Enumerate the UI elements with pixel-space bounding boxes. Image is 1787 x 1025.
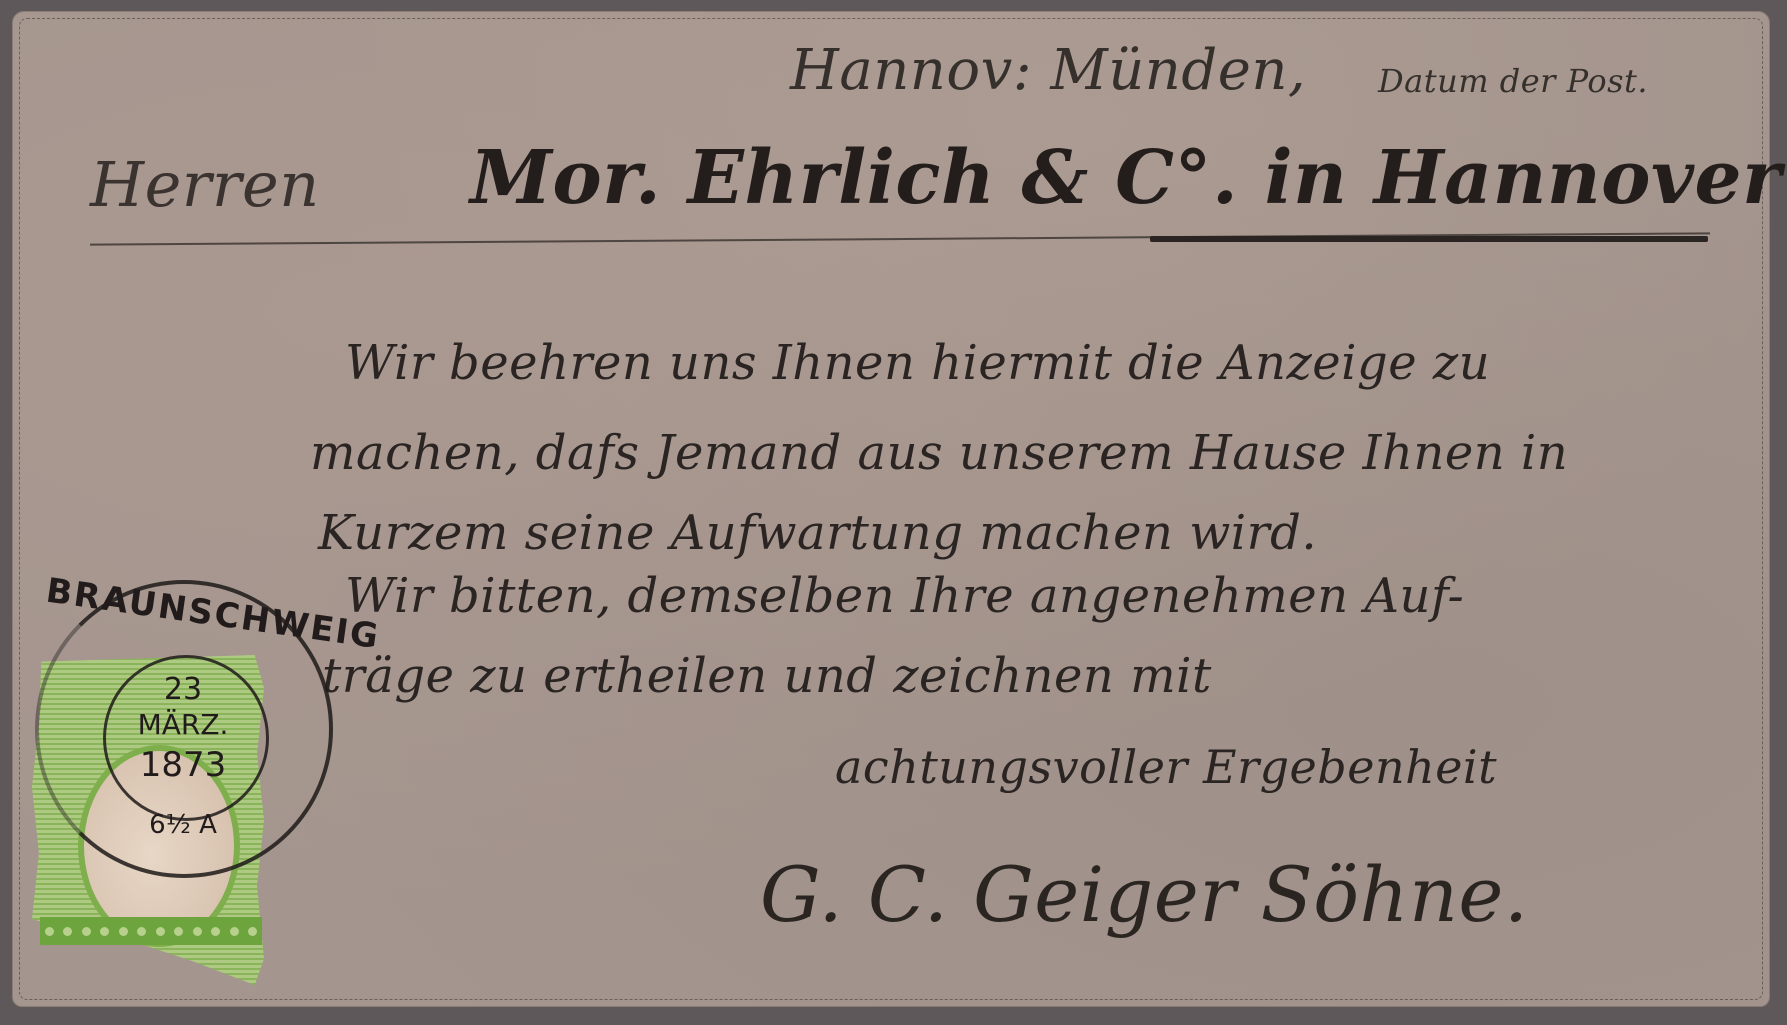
postmark-year: 1873 xyxy=(103,745,263,785)
postmark-time: 6½ A xyxy=(103,810,263,840)
header-date-label: Datum der Post. xyxy=(1378,62,1648,100)
address-recipient: Mor. Ehrlich & C°. in Hannover xyxy=(470,135,1782,221)
stamp-dotted-bar xyxy=(40,917,262,945)
city-underline xyxy=(1150,236,1708,242)
signature: G. C. Geiger Söhne. xyxy=(760,850,1529,939)
closing-phrase: achtungsvoller Ergebenheit xyxy=(835,740,1497,794)
message-line: Wir beehren uns Ihnen hiermit die Anzeig… xyxy=(345,335,1490,391)
message-line: machen, dafs Jemand aus unserem Hause Ih… xyxy=(310,425,1568,481)
message-line: träge zu ertheilen und zeichnen mit xyxy=(322,648,1212,704)
header-place: Hannov: Münden, xyxy=(790,38,1306,103)
address-prefix: Herren xyxy=(90,148,320,221)
postmark-month: MÄRZ. xyxy=(103,708,263,741)
postmark-day: 23 xyxy=(103,672,263,707)
message-line: Wir bitten, demselben Ihre angenehmen Au… xyxy=(345,568,1464,624)
message-line: Kurzem seine Aufwartung machen wird. xyxy=(318,505,1317,561)
